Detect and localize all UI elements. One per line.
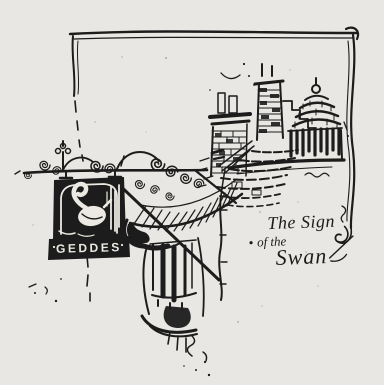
caption: The Sign of the Swan xyxy=(248,210,354,271)
caption-line-1: The Sign xyxy=(267,211,335,233)
building-sketch xyxy=(196,63,349,207)
sign-name-label: GEDDES xyxy=(56,240,122,256)
turret-sketch xyxy=(125,170,242,376)
swan-sign: GEDDES xyxy=(48,177,130,260)
caption-line-3: Swan xyxy=(275,243,328,270)
illustration-canvas: GEDDES The Sign of the Swan xyxy=(0,0,384,385)
